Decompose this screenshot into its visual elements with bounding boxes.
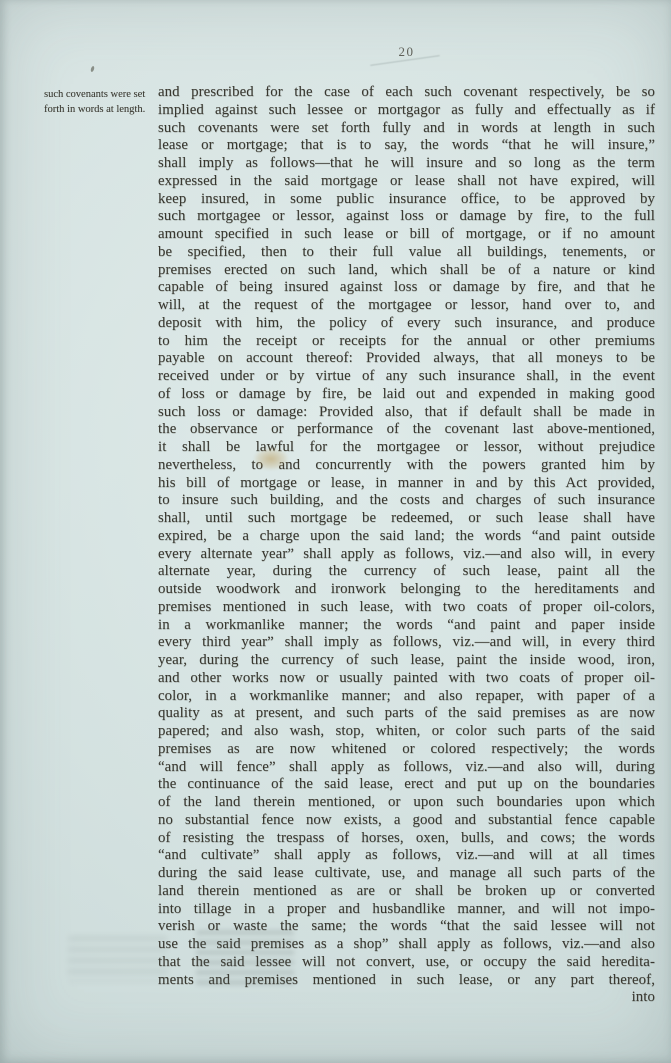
text-line: no substantial fence now exists, a good … — [158, 812, 655, 830]
text-line: “and cultivate” shall apply as follows, … — [158, 847, 655, 865]
text-line: the continuance of the said lease, erect… — [158, 776, 655, 794]
text-line: expired, be a charge upon the said land;… — [158, 528, 655, 546]
text-line: nevertheless, to and concurrently with t… — [158, 457, 655, 475]
text-line: implied against such lessee or mortgagor… — [158, 102, 655, 120]
text-line: premises erected on such land, which sha… — [158, 262, 655, 280]
text-line: will, at the request of the mortgagee or… — [158, 297, 655, 315]
text-line: and prescribed for the case of each such… — [158, 84, 655, 102]
text-line: quality as at present, and such parts of… — [158, 705, 655, 723]
text-line: premises mentioned in such lease, with t… — [158, 599, 655, 617]
text-line: papered; and also wash, stop, whiten, or… — [158, 723, 655, 741]
text-line: amount specified in such lease or bill o… — [158, 226, 655, 244]
text-line: lease or mortgage; that is to say, the w… — [158, 137, 655, 155]
text-line: of resisting the trespass of horses, oxe… — [158, 830, 655, 848]
text-line: of loss or damage by fire, be laid out a… — [158, 386, 655, 404]
text-line: it shall be lawful for the mortgagee or … — [158, 439, 655, 457]
text-line: such mortgagee or lessor, against loss o… — [158, 208, 655, 226]
text-line: such covenants were set forth fully and … — [158, 120, 655, 138]
scanned-document-page: 20 such covenants were set forth in word… — [0, 0, 671, 1063]
foxing-stain — [254, 448, 288, 470]
text-line: such loss or damage: Provided also, that… — [158, 404, 655, 422]
text-line: land therein mentioned as are or shall b… — [158, 883, 655, 901]
text-line: “and will fence” shall apply as follows,… — [158, 759, 655, 777]
show-through-smudge-left — [68, 936, 168, 982]
text-line: expressed in the said mortgage or lease … — [158, 173, 655, 191]
body-text-column: and prescribed for the case of each such… — [158, 84, 655, 1007]
text-line: be specified, then to their full value a… — [158, 244, 655, 262]
ink-speck — [90, 66, 95, 73]
text-line: year, during the currency of such lease,… — [158, 652, 655, 670]
text-line: deposit with him, the policy of every su… — [158, 315, 655, 333]
text-line: in a workmanlike manner; the words “and … — [158, 617, 655, 635]
margin-note: such covenants were set forth in words a… — [44, 88, 162, 117]
body-text-lines: and prescribed for the case of each such… — [158, 84, 655, 989]
text-line: his bill of mortgage or lease, in manner… — [158, 475, 655, 493]
page-number: 20 — [158, 44, 655, 60]
text-line: premises as are now whitened or colored … — [158, 741, 655, 759]
text-line: capable of being insured against loss or… — [158, 279, 655, 297]
text-line: alternate year, during the currency of s… — [158, 563, 655, 581]
text-line: outside woodwork and ironwork belonging … — [158, 581, 655, 599]
text-line: keep insured, in some public insurance o… — [158, 191, 655, 209]
show-through-smudge-right — [196, 930, 294, 986]
catchword: into — [158, 989, 655, 1007]
text-line: every third year” shall imply as follows… — [158, 634, 655, 652]
text-line: received under or by virtue of any such … — [158, 368, 655, 386]
text-line: into tillage in a proper and husbandlike… — [158, 901, 655, 919]
text-line: shall, until such mortgage be redeemed, … — [158, 510, 655, 528]
text-line: of the land therein mentioned, or upon s… — [158, 794, 655, 812]
text-line: payable on account thereof: Provided alw… — [158, 350, 655, 368]
text-line: the observance or performance of the cov… — [158, 421, 655, 439]
text-line: color, in a workmanlike manner; and also… — [158, 688, 655, 706]
text-line: shall imply as follows—that he will insu… — [158, 155, 655, 173]
text-line: to insure such building, and the costs a… — [158, 492, 655, 510]
text-line: to him the receipt or receipts for the a… — [158, 333, 655, 351]
text-line: during the said lease cultivate, use, an… — [158, 865, 655, 883]
text-line: every alternate year” shall apply as fol… — [158, 546, 655, 564]
text-line: and other works now or usually painted w… — [158, 670, 655, 688]
